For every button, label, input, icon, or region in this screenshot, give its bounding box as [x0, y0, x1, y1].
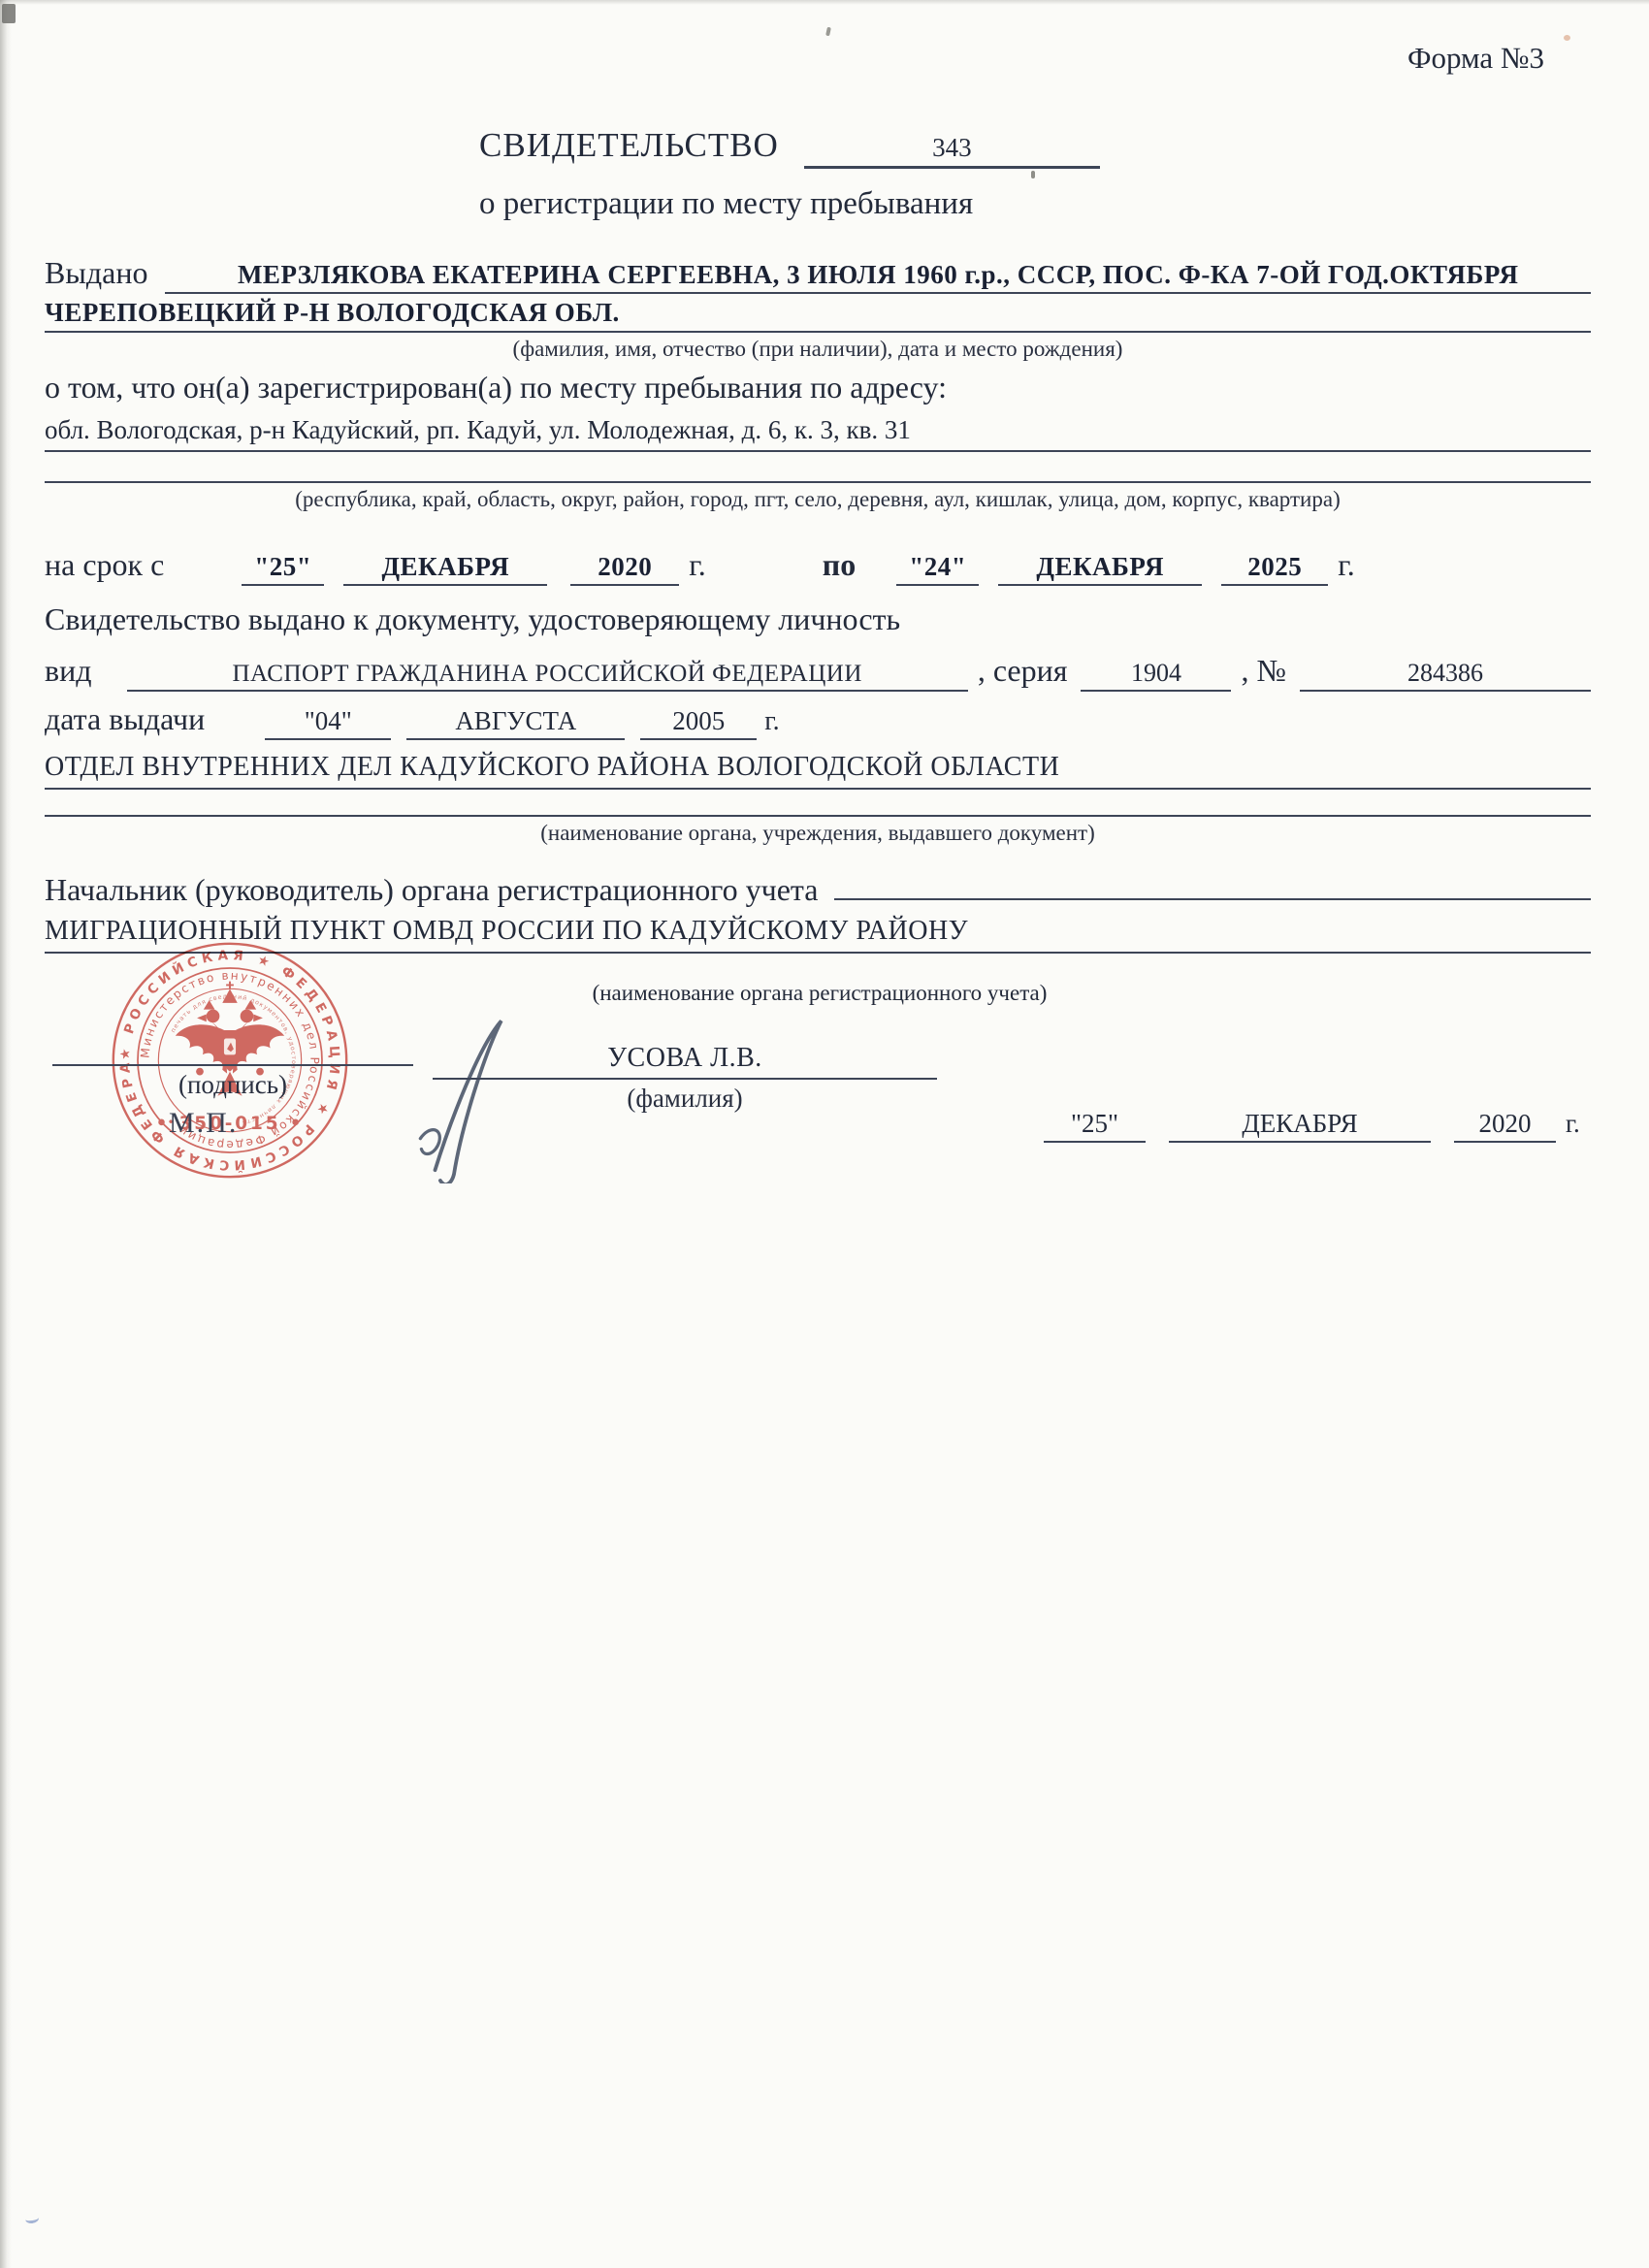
series-value: 1904 [1081, 659, 1231, 692]
registration-address-value: обл. Вологодская, р-н Кадуйский, рп. Кад… [45, 415, 1591, 452]
period-from-month: ДЕКАБРЯ [343, 552, 547, 586]
title-row: СВИДЕТЕЛЬСТВО 343 [479, 126, 1591, 169]
issuing-authority-value: ОТДЕЛ ВНУТРЕННИХ ДЕЛ КАДУЙСКОГО РАЙОНА В… [45, 752, 1591, 790]
signature-field: (подпись) [52, 1029, 413, 1100]
issue-date-row: дата выдачи "04" АВГУСТА 2005 г. [45, 701, 1591, 740]
period-to-day: "24" [896, 552, 979, 586]
scan-artifact [24, 2213, 39, 2224]
issue-month: АВГУСТА [406, 706, 625, 740]
period-to-year: 2025 [1221, 552, 1328, 586]
bottom-date-day: "25" [1044, 1109, 1146, 1143]
holder-name-line1: МЕРЗЛЯКОВА ЕКАТЕРИНА СЕРГЕЕВНА, 3 ИЮЛЯ 1… [165, 260, 1591, 294]
year-suffix: г. [1338, 547, 1355, 583]
series-label: , серия [978, 653, 1068, 689]
certificate-number-value: 343 [804, 133, 1100, 169]
year-suffix: г. [764, 706, 779, 737]
period-from-year: 2020 [570, 552, 679, 586]
holder-name-hint: (фамилия, имя, отчество (при наличии), д… [45, 337, 1591, 362]
document-title: СВИДЕТЕЛЬСТВО [479, 126, 779, 165]
signature-line [52, 1029, 413, 1066]
official-name-hint: (фамилия) [433, 1084, 937, 1114]
seal-place-label: М.П. [169, 1107, 238, 1140]
document-type-value: ПАСПОРТ ГРАЖДАНИНА РОССИЙСКОЙ ФЕДЕРАЦИИ [127, 661, 968, 692]
document-type-row: вид ПАСПОРТ ГРАЖДАНИНА РОССИЙСКОЙ ФЕДЕРА… [45, 653, 1591, 692]
issue-year: 2005 [640, 706, 757, 740]
issued-label: Выдано [45, 255, 147, 291]
official-name-field: УСОВА Л.В. (фамилия) [433, 1043, 937, 1114]
signature-area: (наименование органа регистрационного уч… [45, 954, 1591, 1274]
document-type-label: вид [45, 653, 92, 689]
certificate-document: Форма №3 СВИДЕТЕЛЬСТВО 343 о регистрации… [0, 0, 1649, 2268]
period-from-label: на срок с [45, 547, 164, 583]
document-subtitle: о регистрации по месту пребывания [479, 186, 1591, 222]
blank-line [45, 452, 1591, 483]
registration-authority-hint: (наименование органа регистрационного уч… [538, 981, 1101, 1006]
year-suffix: г. [1566, 1109, 1580, 1139]
bottom-date-year: 2020 [1454, 1109, 1556, 1143]
blank-line [834, 865, 1592, 900]
period-to-label: по [823, 547, 856, 583]
address-hint: (республика, край, область, округ, район… [45, 487, 1591, 512]
issue-day: "04" [265, 706, 391, 740]
bottom-date-month: ДЕКАБРЯ [1169, 1109, 1431, 1143]
form-number-label: Форма №3 [45, 41, 1544, 76]
number-label: , № [1241, 653, 1286, 689]
registration-head-label: Начальник (руководитель) органа регистра… [45, 872, 819, 908]
year-suffix: г. [689, 547, 706, 583]
period-from-day: "25" [242, 552, 324, 586]
holder-name-line2: ЧЕРЕПОВЕЦКИЙ Р-Н ВОЛОГОДСКАЯ ОБЛ. [45, 298, 1591, 333]
registration-intro: о том, что он(а) зарегистрирован(а) по м… [45, 370, 1591, 405]
signature-hint: (подпись) [52, 1070, 413, 1100]
document-intro: Свидетельство выдано к документу, удосто… [45, 601, 1591, 637]
issuing-authority-hint: (наименование органа, учреждения, выдавш… [45, 821, 1591, 846]
period-row: на срок с "25" ДЕКАБРЯ 2020 г. по "24" Д… [45, 547, 1591, 586]
blank-line [45, 790, 1591, 817]
registration-head-row: Начальник (руководитель) органа регистра… [45, 865, 1591, 908]
number-value: 284386 [1300, 659, 1591, 692]
issue-date-bottom-row: "25" ДЕКАБРЯ 2020 г. [1044, 1109, 1580, 1143]
period-to-month: ДЕКАБРЯ [998, 552, 1202, 586]
issued-to-row: Выдано МЕРЗЛЯКОВА ЕКАТЕРИНА СЕРГЕЕВНА, 3… [45, 255, 1591, 294]
issue-date-label: дата выдачи [45, 701, 205, 737]
official-name-value: УСОВА Л.В. [433, 1043, 937, 1080]
